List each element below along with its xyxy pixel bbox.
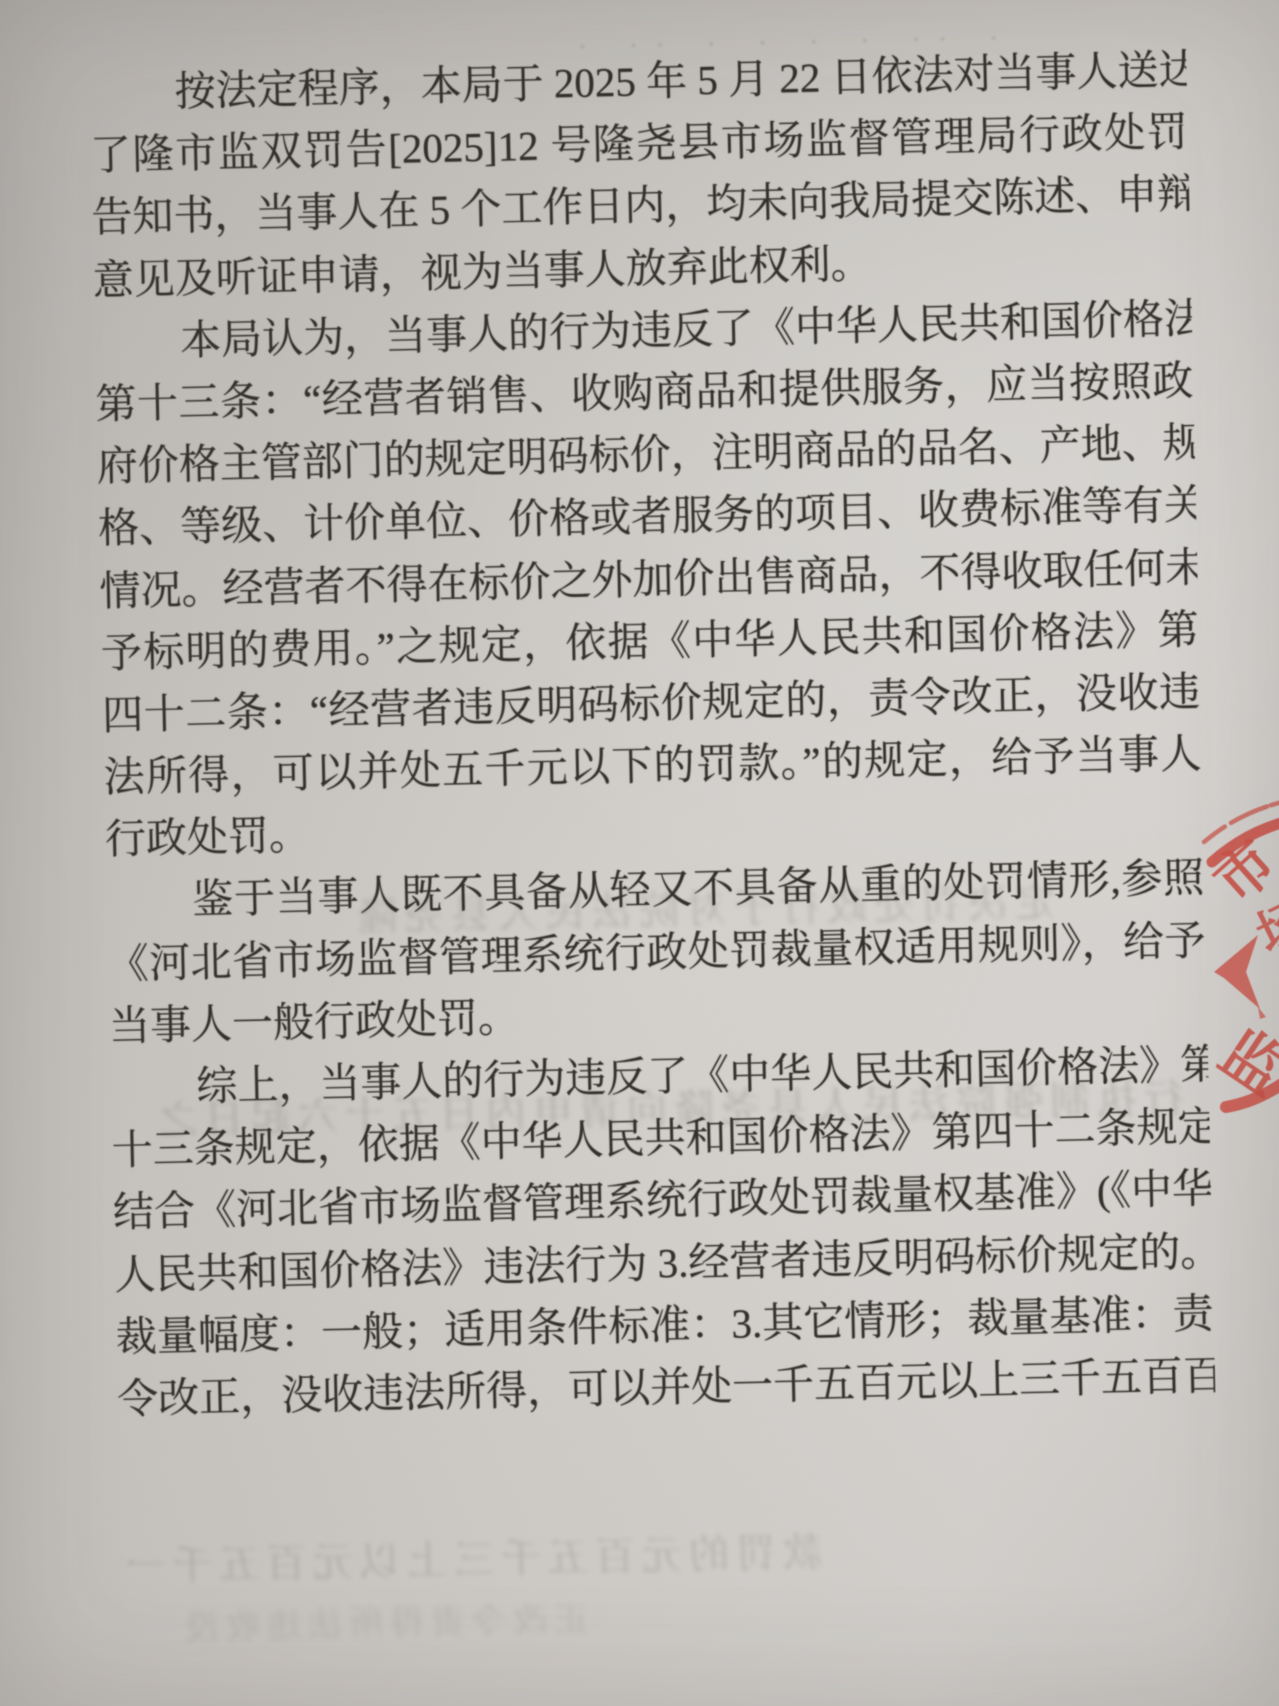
photo-vignette <box>0 0 1279 1706</box>
photographed-document-page: { "document": { "lines": [ {"text": "按法定… <box>0 0 1279 1706</box>
